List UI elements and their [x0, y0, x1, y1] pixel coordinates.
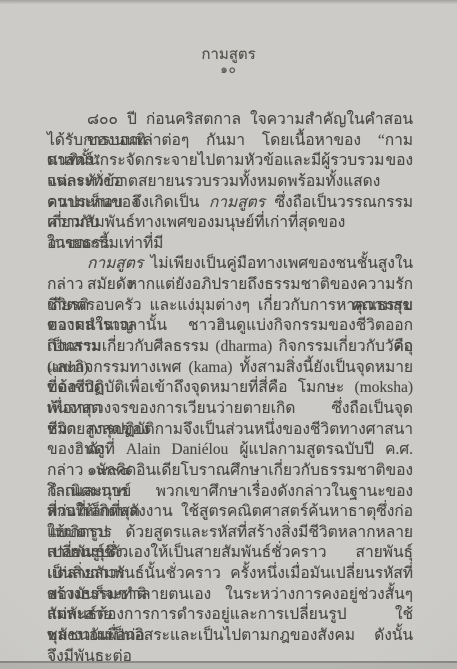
page-number: ๑๐: [0, 61, 457, 79]
text-line: ที่ต้องปฏิบัติเพื่อเข้าถึงจุดหมายที่สี่ค…: [47, 378, 413, 399]
text-line: กิจกรรมเกี่ยวกับศีลธรรม (dharma) กิจกรรม…: [47, 337, 413, 358]
text-line: ดังที่ Alain Daniélou ผู้แปลกามสูตรฉบับป…: [47, 440, 413, 461]
text-line: ความสัมพันธ์ทางเพศของมนุษย์ที่เก่าที่สุด…: [47, 213, 413, 234]
text-line: กำเนิดมนุษย์ พวกเขาศึกษาเรื่องดังกล่าวใน…: [47, 482, 413, 503]
body-text: ๘๐๐ ปี ก่อนคริสตกาล ใจความสำคัญในคำสอนขอ…: [47, 110, 413, 647]
text-line: ชีวิตครอบครัว และแง่มุมต่างๆ เกี่ยวกับกา…: [47, 296, 413, 317]
text-line: ชีวิต การปฏิบัติกามจึงเป็นส่วนหนึ่งของชี…: [47, 420, 413, 441]
text-line: ของคนในเวลานั้น ชาวฮินดูแบ่งกิจกรรมของชี…: [47, 316, 413, 337]
book-page: กามสูตร ๑๐ ๘๐๐ ปี ก่อนคริสตกาล ใจความสำค…: [0, 0, 457, 669]
text-line: พ้นจากวงจรของการเวียนว่ายตายเกิด ซึ่งถือ…: [47, 399, 413, 420]
scanned-book-page: { "page": { "header_title": "กามสูตร", "…: [0, 0, 457, 669]
text-line: จนกระทั่งวาตสยายนรวบรวมทั้งหมดพร้อมทั้งแ…: [47, 172, 413, 193]
page-bottom-edge: [0, 661, 457, 669]
text-line: และกิจกรรมทางเพศ (kama) ทั้งสามสิ่งนี้ยั…: [47, 358, 413, 379]
text-line: แต่สายสัมพันธ์นั้นชั่วคราว ครั้งหนึ่งเมื…: [47, 564, 413, 585]
text-line: ในขณะนี้: [47, 234, 413, 255]
text-line: ตนประกอบ จึงเกิดเป็น กามสูตร ซึ่งถือเป็น…: [47, 193, 413, 214]
text-line: ได้รับการบอกเล่าต่อๆ กันมา โดยเนื้อหาของ…: [47, 131, 413, 152]
text-line: ที่ก่อให้เกิดพลังงาน ใช้สูตรคณิตศาสตร์ค้…: [47, 502, 413, 523]
page-top-edge: [0, 0, 457, 4]
text-line: เปลี่ยนรูปตัวเองให้เป็นสายสัมพันธ์ชั่วคร…: [47, 543, 413, 564]
text-line: สัมพันธ์ต้องการการดำรงอยู่และการเปลี่ยนร…: [47, 605, 413, 626]
text-line: กามสูตร ไม่เพียงเป็นคู่มือทางเพศของชนชั้…: [47, 254, 413, 275]
text-line: ของมันก็จะทำลายตนเอง ในระหว่างการคงอยู่ช…: [47, 585, 413, 606]
text-line: นนทินั้นกระจัดกระจายไปตามหัวข้อและมีผู้ร…: [47, 151, 413, 172]
text-line: ๘๐๐ ปี ก่อนคริสตกาล ใจความสำคัญในคำสอนขอ…: [47, 110, 413, 131]
text-line: กล่าว หากแต่ยังอภิปรายถึงธรรมชาติของความ…: [47, 275, 413, 296]
text-line: ชุมชนอันเป็นอิสระและเป็นไปตามกฎของสังคม …: [47, 626, 413, 647]
text-line: แบบถาวร ด้วยสูตรและรหัสที่สร้างสิ่งมีชีว…: [47, 523, 413, 544]
text-line: กล่าว นักคิดอินเดียโบราณศึกษาเกี่ยวกับธร…: [47, 461, 413, 482]
